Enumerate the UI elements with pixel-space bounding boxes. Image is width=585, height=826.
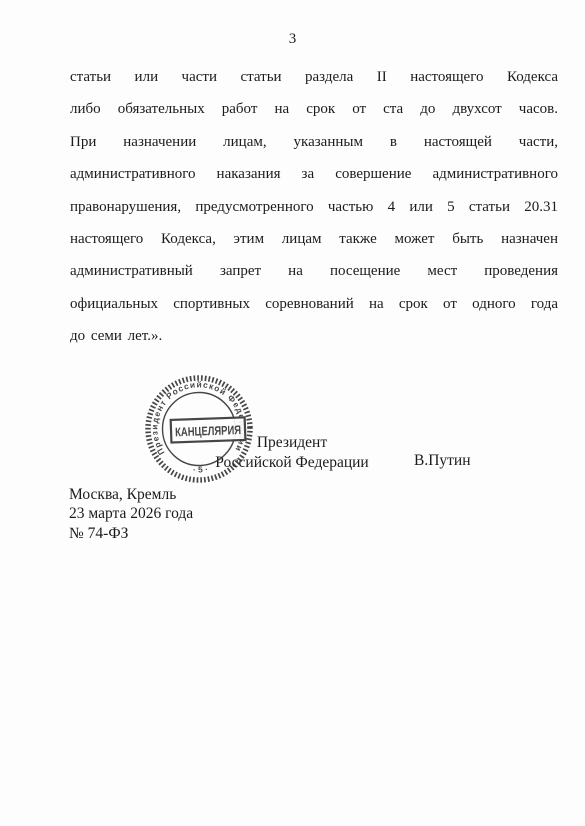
footer-law-number: № 74-ФЗ: [69, 524, 193, 543]
body-line: административного наказания за совершени…: [70, 158, 558, 190]
body-line: статьи или части статьи раздела II насто…: [70, 61, 558, 93]
body-line: до семи лет.».: [70, 320, 558, 352]
footer-block: Москва, Кремль 23 марта 2026 года № 74-Ф…: [69, 485, 193, 543]
stamp-center-text: КАНЦЕЛЯРИЯ: [175, 423, 241, 439]
body-line: либо обязательных работ на срок от ста д…: [70, 93, 558, 125]
body-line: При назначении лицам, указанным в настоя…: [70, 126, 558, 158]
footer-place: Москва, Кремль: [69, 485, 193, 504]
body-line: официальных спортивных соревнований на с…: [70, 288, 558, 320]
signature-name: В.Путин: [414, 451, 471, 471]
page-number: 3: [0, 31, 585, 48]
body-line: административный запрет на посещение мес…: [70, 255, 558, 287]
footer-date: 23 марта 2026 года: [69, 504, 193, 523]
document-page: 3 статьи или части статьи раздела II нас…: [0, 0, 585, 826]
chancellery-stamp-icon: Президент Российской Федерации · 5 · КАН…: [142, 372, 256, 486]
body-paragraph: статьи или части статьи раздела II насто…: [70, 61, 558, 353]
body-line: правонарушения, предусмотренного частью …: [70, 191, 558, 223]
body-line: настоящего Кодекса, этим лицам также мож…: [70, 223, 558, 255]
